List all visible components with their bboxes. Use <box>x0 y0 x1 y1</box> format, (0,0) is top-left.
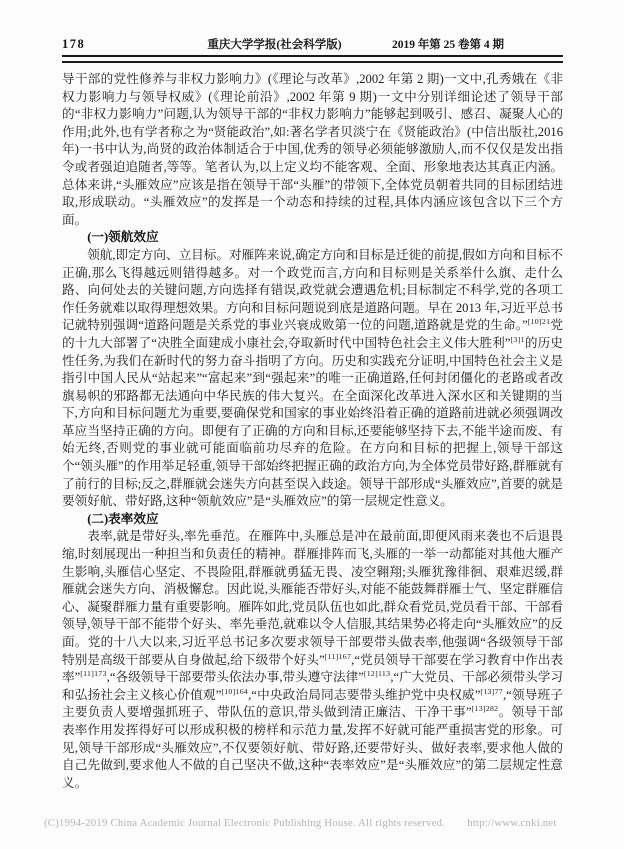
citation-ref: [11]167 <box>325 651 352 660</box>
text-run: ,“中央政治局同志要带头维护党中央权威” <box>248 688 480 702</box>
header-double-rule <box>62 55 563 63</box>
section-heading-model: (二)表率效应 <box>62 511 563 529</box>
copyright-text: (C)1994-2019 China Academic Journal Elec… <box>44 817 445 829</box>
page-header: 178 重庆大学学报(社会科学版) 2019 年第 25 卷第 4 期 <box>62 36 564 52</box>
article-body: 导干部的党性修养与非权力影响力》(《理论与改革》,2002 年第 2 期)一文中… <box>62 71 563 792</box>
text-run: 的历史性任务,为我们在新时代的努力奋斗指明了方向。历史和实践充分证明,中国特色社… <box>62 336 563 508</box>
paragraph-model-effect: 表率,就是带好头,率先垂范。在雁阵中,头雁总是冲在最前面,即便风雨来袭也不后退畏… <box>62 528 563 792</box>
citation-ref: [13]282 <box>472 704 499 713</box>
citation-ref: [10]164 <box>221 687 248 696</box>
citation-ref: [13]77 <box>480 687 503 696</box>
paragraph-navigation-effect: 领航,即定方向、立目标。对雁阵来说,确定方向和目标是迁徙的前提,假如方向和目标不… <box>62 247 563 511</box>
page-number: 178 <box>62 37 162 52</box>
issue-info: 2019 年第 25 卷第 4 期 <box>387 36 564 52</box>
text-run: 领航,即定方向、立目标。对雁阵来说,确定方向和目标是迁徙的前提,假如方向和目标不… <box>62 248 563 332</box>
journal-title: 重庆大学学报(社会科学版) <box>162 36 387 52</box>
paragraph-intro: 导干部的党性修养与非权力影响力》(《理论与改革》,2002 年第 2 期)一文中… <box>62 71 563 229</box>
cnki-url: http://www.cnki.net <box>467 817 556 829</box>
section-heading-navigation: (一)领航效应 <box>62 229 563 247</box>
citation-ref: [10]21 <box>528 317 551 326</box>
citation-ref: [11]173 <box>80 669 107 678</box>
journal-scan-page: 178 重庆大学学报(社会科学版) 2019 年第 25 卷第 4 期 导干部的… <box>0 0 624 849</box>
text-run: 表率,就是带好头,率先垂范。在雁阵中,头雁总是冲在最前面,即便风雨来袭也不后退畏… <box>62 529 563 666</box>
text-run: ,“各级领导干部要带头依法办事,带头遵守法律” <box>107 670 364 684</box>
page-footer: (C)1994-2019 China Academic Journal Elec… <box>44 817 604 829</box>
citation-ref: [3]1 <box>511 335 525 344</box>
citation-ref: [12]113 <box>364 669 391 678</box>
